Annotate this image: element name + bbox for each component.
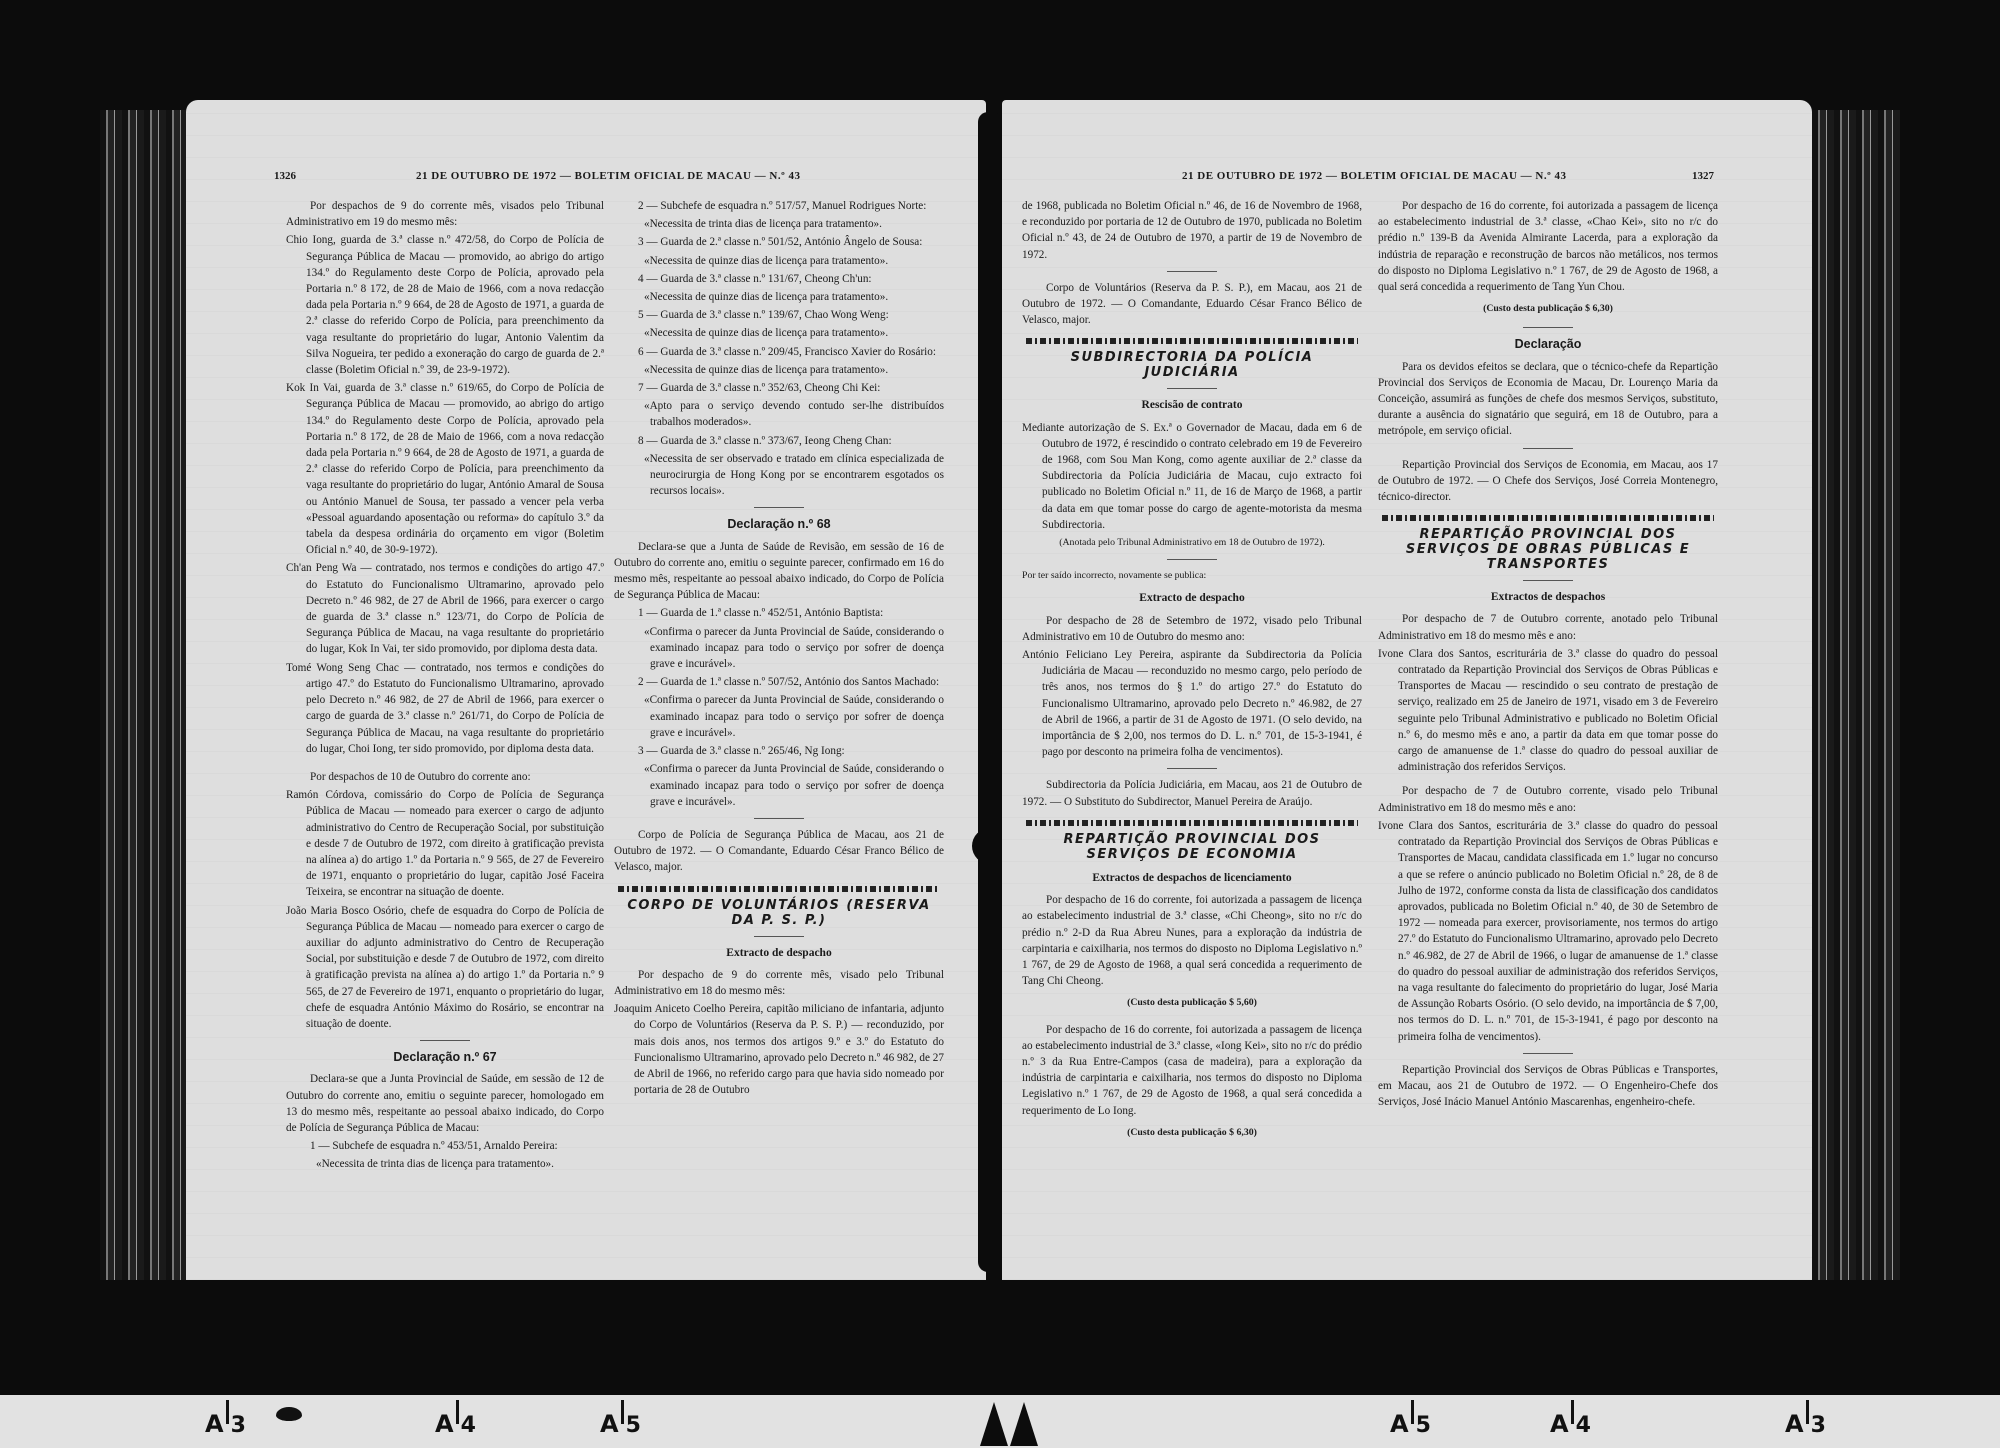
paragraph: Por despacho de 9 do corrente mês, visad… <box>614 967 944 999</box>
section-title: REPARTIÇÃO PROVINCIAL DOS SERVIÇOS DE EC… <box>1022 832 1362 862</box>
paragraph: Por despacho de 16 do corrente, foi auto… <box>1022 1022 1362 1119</box>
film-frame-marker: A3 <box>205 1410 246 1438</box>
left-column-2: 2 — Subchefe de esquadra n.º 517/57, Man… <box>614 198 944 1100</box>
subsection-heading: Extracto de despacho <box>614 945 944 961</box>
running-head: 21 DE OUTUBRO DE 1972 — BOLETIM OFICIAL … <box>1182 170 1566 182</box>
paragraph: Declara-se que a Junta de Saúde de Revis… <box>614 539 944 604</box>
section-title: REPARTIÇÃO PROVINCIAL DOS SERVIÇOS DE OB… <box>1378 527 1718 572</box>
paragraph: Para os devidos efeitos se declara, que … <box>1378 359 1718 440</box>
list-item: 6 — Guarda de 3.ª classe n.º 209/45, Fra… <box>614 344 944 360</box>
paragraph: Por despacho de 7 de Outubro corrente, a… <box>1378 611 1718 643</box>
divider <box>1167 388 1217 389</box>
page-number: 1327 <box>1692 170 1714 182</box>
section-heading: Declaração n.º 67 <box>286 1049 604 1065</box>
divider <box>754 507 804 508</box>
paragraph: de 1968, publicada no Boletim Oficial n.… <box>1022 198 1362 263</box>
signoff: Corpo de Voluntários (Reserva da P. S. P… <box>1022 280 1362 329</box>
list-item: 7 — Guarda de 3.ª classe n.º 352/63, Che… <box>614 380 944 396</box>
paragraph: Por despacho de 7 de Outubro corrente, v… <box>1378 783 1718 815</box>
paragraph: António Feliciano Ley Pereira, aspirante… <box>1022 647 1362 760</box>
list-item: 3 — Guarda de 2.ª classe n.º 501/52, Ant… <box>614 234 944 250</box>
paragraph: Declara-se que a Junta Provincial de Saú… <box>286 1071 604 1136</box>
film-center-marker <box>980 1402 1008 1446</box>
ornamental-divider <box>1382 515 1714 521</box>
divider <box>754 818 804 819</box>
quote: «Necessita de trinta dias de licença par… <box>614 216 944 232</box>
divider <box>420 1040 470 1041</box>
divider <box>1167 768 1217 769</box>
paragraph: Kok In Vai, guarda de 3.ª classe n.º 619… <box>286 380 604 558</box>
paragraph: Por despachos de 10 de Outubro do corren… <box>286 769 604 785</box>
quote: «Confirma o parecer da Junta Provincial … <box>614 692 944 741</box>
left-page: 1326 21 DE OUTUBRO DE 1972 — BOLETIM OFI… <box>186 100 986 1280</box>
signoff: Subdirectoria da Polícia Judiciária, em … <box>1022 777 1362 809</box>
film-blemish <box>276 1407 302 1421</box>
film-frame-marker: A5 <box>600 1410 641 1438</box>
paragraph: Mediante autorização de S. Ex.ª o Govern… <box>1022 420 1362 533</box>
subsection-heading: Extracto de despacho <box>1022 590 1362 606</box>
subsection-heading: Rescisão de contrato <box>1022 397 1362 413</box>
quote: «Confirma o parecer da Junta Provincial … <box>614 624 944 673</box>
ornamental-divider <box>1026 820 1358 826</box>
note: Por ter saído incorrecto, novamente se p… <box>1022 568 1362 584</box>
signoff: Repartição Provincial dos Serviços de Ob… <box>1378 1062 1718 1111</box>
right-page: 21 DE OUTUBRO DE 1972 — BOLETIM OFICIAL … <box>1002 100 1812 1280</box>
film-frame-marker: A3 <box>1785 1410 1826 1438</box>
paragraph: Por despacho de 16 do corrente, foi auto… <box>1378 198 1718 295</box>
book-fore-edge-right <box>1812 110 1900 1280</box>
section-title: SUBDIRECTORIA DA POLÍCIA JUDICIÁRIA <box>1022 350 1362 380</box>
divider <box>1523 1053 1573 1054</box>
publication-cost: (Custo desta publicação $ 5,60) <box>1022 995 1362 1011</box>
paragraph: Por despachos de 9 do corrente mês, visa… <box>286 198 604 230</box>
divider <box>1523 448 1573 449</box>
right-column-1: de 1968, publicada no Boletim Oficial n.… <box>1022 198 1362 1151</box>
publication-cost: (Custo desta publicação $ 6,30) <box>1378 301 1718 317</box>
paragraph: Ivone Clara dos Santos, escriturária de … <box>1378 818 1718 1045</box>
right-column-2: Por despacho de 16 do corrente, foi auto… <box>1378 198 1718 1112</box>
section-title: CORPO DE VOLUNTÁRIOS (RESERVA DA P. S. P… <box>614 898 944 928</box>
list-item: 5 — Guarda de 3.ª classe n.º 139/67, Cha… <box>614 307 944 323</box>
paragraph: Joaquim Aniceto Coelho Pereira, capitão … <box>614 1001 944 1098</box>
divider <box>1167 271 1217 272</box>
page-number: 1326 <box>274 170 296 182</box>
signoff: Corpo de Polícia de Segurança Pública de… <box>614 827 944 876</box>
paragraph: Por despacho de 28 de Setembro de 1972, … <box>1022 613 1362 645</box>
film-frame-marker: A5 <box>1390 1410 1431 1438</box>
film-center-marker <box>1010 1402 1038 1446</box>
film-dark-band <box>0 1280 2000 1395</box>
divider <box>1523 327 1573 328</box>
list-item: 1 — Subchefe de esquadra n.º 453/51, Arn… <box>286 1138 604 1154</box>
paragraph: Ramón Córdova, comissário do Corpo de Po… <box>286 787 604 900</box>
subsection-heading: Extractos de despachos <box>1378 589 1718 605</box>
paragraph: João Maria Bosco Osório, chefe de esquad… <box>286 903 604 1033</box>
section-heading: Declaração n.º 68 <box>614 516 944 532</box>
section-heading: Declaração <box>1378 336 1718 352</box>
book-gutter <box>978 112 1002 1272</box>
paragraph: Tomé Wong Seng Chac — contratado, nos te… <box>286 660 604 757</box>
list-item: 4 — Guarda de 3.ª classe n.º 131/67, Che… <box>614 271 944 287</box>
divider <box>1167 559 1217 560</box>
quote: «Necessita de quinze dias de licença par… <box>614 325 944 341</box>
list-item: 2 — Guarda de 1.ª classe n.º 507/52, Ant… <box>614 674 944 690</box>
divider <box>1523 580 1573 581</box>
quote: «Necessita de quinze dias de licença par… <box>614 253 944 269</box>
book-fore-edge-left <box>100 110 188 1280</box>
signoff: Repartição Provincial dos Serviços de Ec… <box>1378 457 1718 506</box>
subsection-heading: Extractos de despachos de licenciamento <box>1022 870 1362 886</box>
paragraph: Chio Iong, guarda de 3.ª classe n.º 472/… <box>286 232 604 378</box>
quote: «Apto para o serviço devendo contudo ser… <box>614 398 944 430</box>
quote: «Necessita de trinta dias de licença par… <box>286 1156 604 1172</box>
divider <box>754 936 804 937</box>
list-item: 3 — Guarda de 3.ª classe n.º 265/46, Ng … <box>614 743 944 759</box>
left-column-1: Por despachos de 9 do corrente mês, visa… <box>286 198 604 1175</box>
film-frame-marker: A4 <box>435 1410 476 1438</box>
list-item: 1 — Guarda de 1.ª classe n.º 452/51, Ant… <box>614 605 944 621</box>
quote: «Necessita de ser observado e tratado em… <box>614 451 944 500</box>
quote: «Necessita de quinze dias de licença par… <box>614 362 944 378</box>
paragraph: Por despacho de 16 do corrente, foi auto… <box>1022 892 1362 989</box>
ornamental-divider <box>618 886 940 892</box>
paragraph: Ivone Clara dos Santos, escriturária de … <box>1378 646 1718 776</box>
quote: «Necessita de quinze dias de licença par… <box>614 289 944 305</box>
ornamental-divider <box>1026 338 1358 344</box>
list-item: 8 — Guarda de 3.ª classe n.º 373/67, Ieo… <box>614 433 944 449</box>
annotation: (Anotada pelo Tribunal Administrativo em… <box>1022 535 1362 551</box>
quote: «Confirma o parecer da Junta Provincial … <box>614 761 944 810</box>
list-item: 2 — Subchefe de esquadra n.º 517/57, Man… <box>614 198 944 214</box>
paragraph: Ch'an Peng Wa — contratado, nos termos e… <box>286 560 604 657</box>
film-frame-marker: A4 <box>1550 1410 1591 1438</box>
running-head: 21 DE OUTUBRO DE 1972 — BOLETIM OFICIAL … <box>416 170 800 182</box>
publication-cost: (Custo desta publicação $ 6,30) <box>1022 1125 1362 1141</box>
